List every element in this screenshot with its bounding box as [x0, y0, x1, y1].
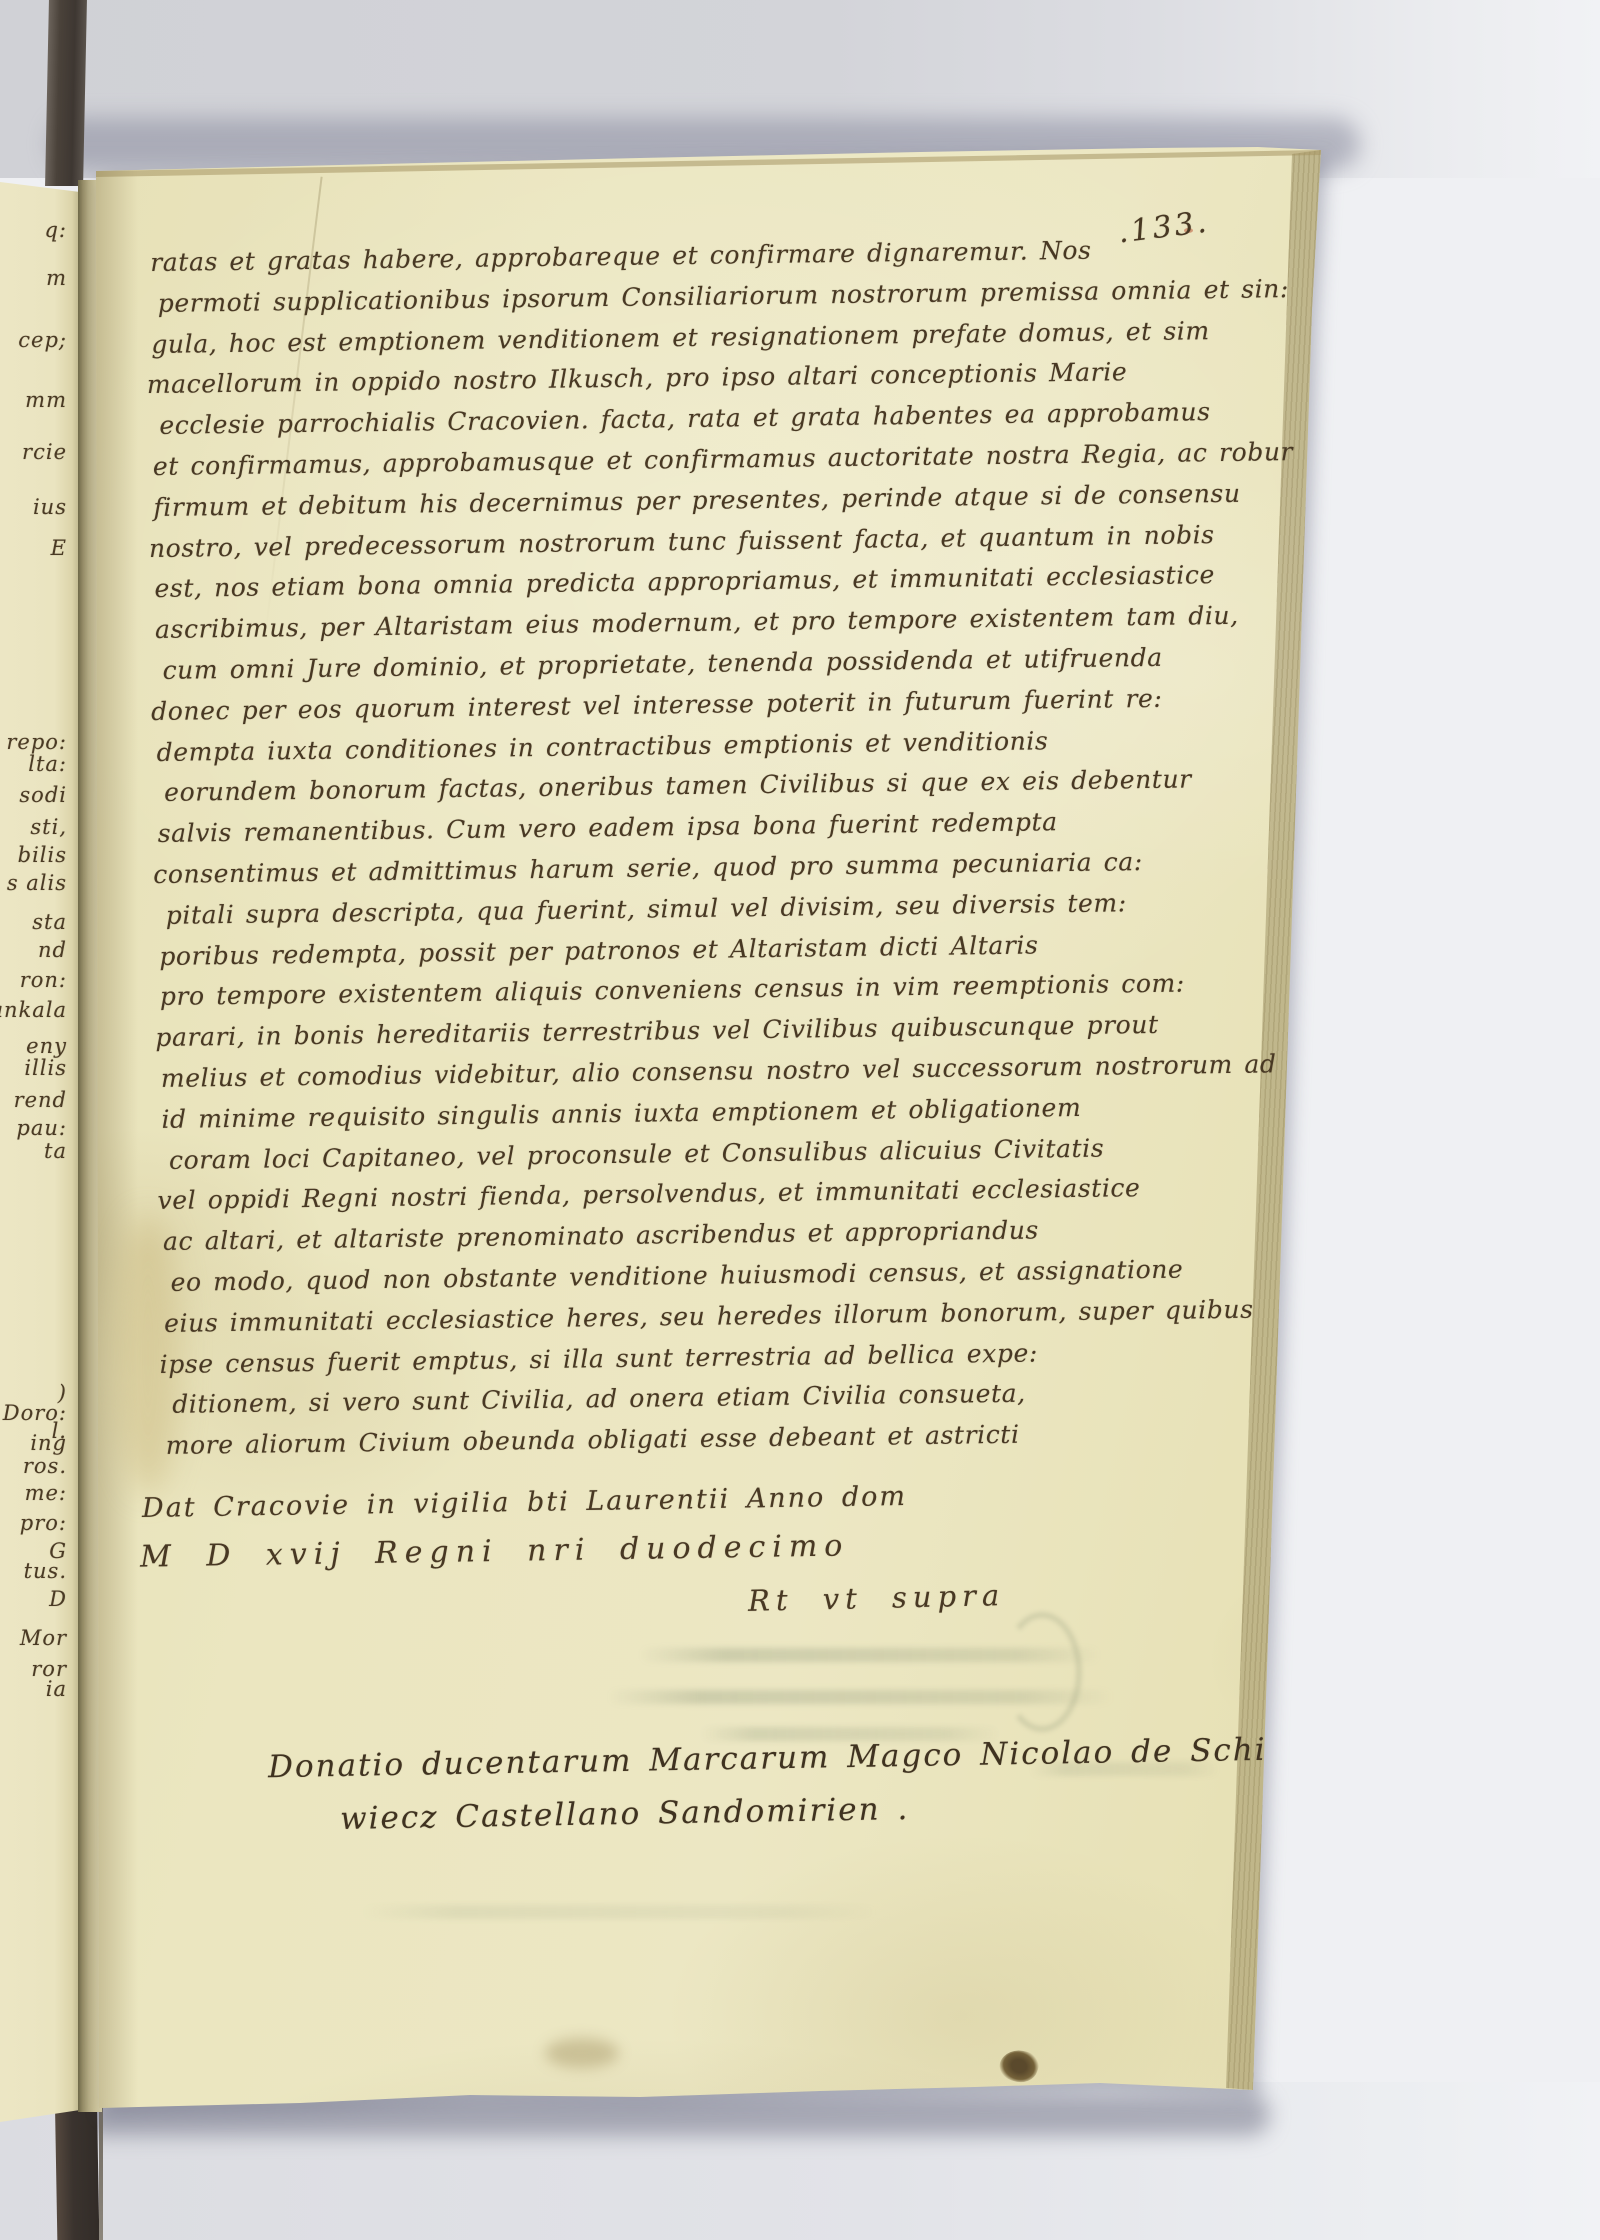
relatio-signoff: Rt vt supra — [748, 1578, 1006, 1618]
manuscript-body: ratas et gratas habere, approbareque et … — [150, 230, 1181, 1467]
show-through-text — [360, 1905, 880, 1919]
gutter-shading — [96, 160, 138, 2110]
show-through-flourish — [1002, 1612, 1082, 1732]
bottom-stain — [545, 2038, 619, 2068]
manuscript-page: .133. ratas et gratas habere, approbareq… — [0, 0, 1600, 2240]
manuscript-scan: q:mcep;mmrcieiusErepo:lta:sodisti,biliss… — [0, 0, 1600, 2240]
main-page-wrapper: .133. ratas et gratas habere, approbareq… — [0, 0, 1600, 2240]
